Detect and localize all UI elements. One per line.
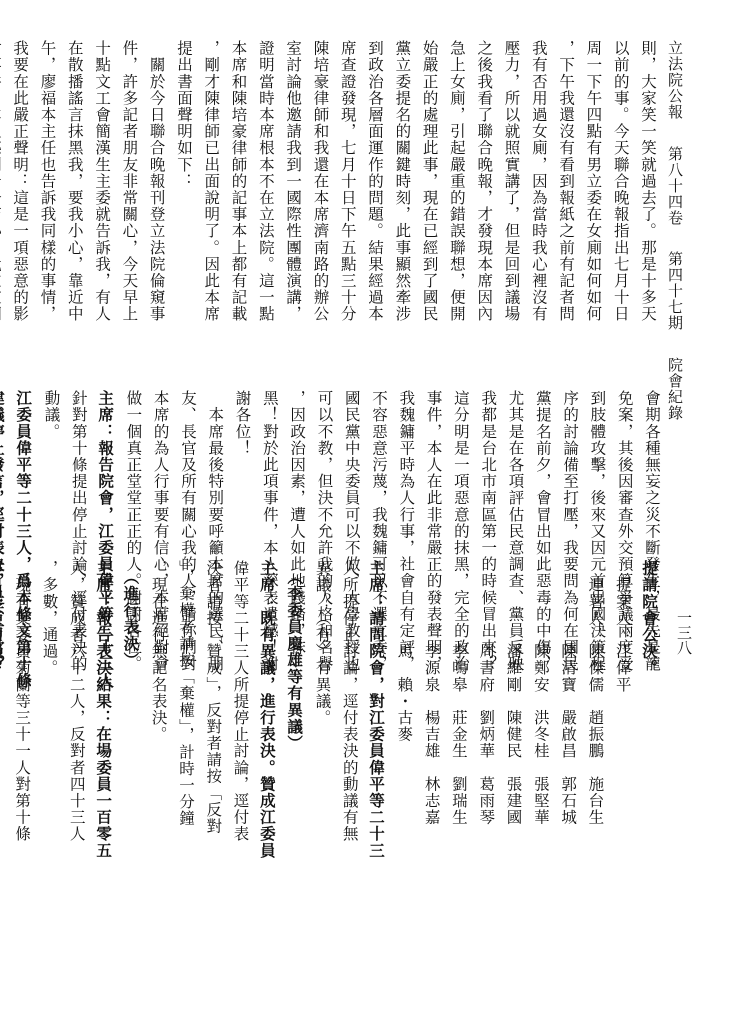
text-column: 李源泉 楊吉雄 林志嘉 [417, 560, 444, 980]
text-column: 在散播謠言抹黑我，要我小心，靠近中 [60, 40, 87, 380]
text-column: （進行表決） [117, 560, 144, 980]
text-column: 連署人：陳傑儒 趙振鵬 施台生 [581, 560, 608, 980]
page-header: 立法院公報 第八十四卷 第四十七期 院會紀錄 [665, 40, 685, 421]
text-column: 本席和陳培豪律師的記事本上都有記載 [224, 40, 251, 380]
text-column: 李鳴皋 莊金生 劉瑞生 [445, 560, 472, 980]
text-column: 午，廖福本主任也告訴我同樣的事情， [33, 40, 60, 380]
publication-title: 立法院公報 [665, 40, 685, 120]
text-column: 馬 賴・古麥 [390, 560, 417, 980]
text-column: （李委員慶雄等有異議） [281, 560, 308, 980]
text-column: ，現在進行無記名表決。 [144, 560, 171, 980]
text-column: 周一下午四點有男立委在女廁如何如何 [579, 40, 606, 380]
text-column: 件，許多記者朋友非常關心，今天早上 [115, 40, 142, 380]
issue-label: 第四十七期 [665, 251, 685, 331]
text-column: 我有否用過女廁，因為當時我心裡沒有 [525, 40, 552, 380]
text-column: 提請院會公決。 [636, 560, 663, 980]
text-column: 主席：既有異議，進行表決。贊成江委員 [254, 560, 281, 980]
text-column: 之後我看了聯合晚報，才發現本席因內 [470, 40, 497, 380]
text-column: 提出修正動議。 [0, 560, 8, 980]
text-column: 陳鄭安 洪冬桂 張堅華 [527, 560, 554, 980]
text-column: 到政治各層面運作的問題。結果經過本 [361, 40, 388, 380]
text-column: 證明當時本席根本不在立法院。這一點 [252, 40, 279, 380]
text-column: 陳培豪律師和我還在本席濟南路的辦公 [306, 40, 333, 380]
text-column: 潘維剛 陳健民 張建國 [499, 560, 526, 980]
text-column: ，多數，通過。 [35, 560, 62, 980]
text-column: 則，大家笑一笑就過去了。那是十多天 [634, 40, 661, 380]
text-column: 主席：請問院會，對江委員偉平等二十三 [363, 560, 390, 980]
upper-text-block: 則，大家笑一笑就過去了。那是十多天以前的事。今天聯合晚報指出七月十日周一下午四點… [0, 40, 661, 380]
text-column: 提案人：江偉平 [608, 560, 635, 980]
text-column: 陳清寶 嚴啟昌 郭石城 [554, 560, 581, 980]
text-column: 人，贊成者六十二人，反對者四十三人 [62, 560, 89, 980]
text-column: 急上女廁，引起嚴重的錯誤聯想，便開 [443, 40, 470, 380]
text-column: 現有葉委員菊蘭等三十一人對第十條 [8, 560, 35, 980]
text-column: 射事件，本人感到十分痛心，我在這個 [0, 40, 6, 380]
text-column: 壓力，所以就照實講了，但是回到議場 [497, 40, 524, 380]
text-column: 偉平等二十三人所提停止討論，逕付表 [226, 560, 253, 980]
text-column: 異議？（有）有異議。 [308, 560, 335, 980]
text-column: 」，棄權者請按「棄權」，計時一分鐘 [172, 560, 199, 980]
page-number: 一三八 [674, 610, 695, 655]
section-label: 院會紀錄 [665, 357, 685, 421]
text-column: 我要在此嚴正聲明：這是一項惡意的影 [6, 40, 33, 380]
text-column: ，下午我還沒有看到報紙之前有記者問 [552, 40, 579, 380]
text-column: 主席：報告表決結果：在場委員一百零五 [90, 560, 117, 980]
text-column: 周書府 劉炳華 葛雨琴 [472, 560, 499, 980]
text-column: 黨立委提名的關鍵時刻，此事顯然牽涉 [388, 40, 415, 380]
lower-text-block: 提請院會公決。 提案人：江偉平 連署人：陳傑儒 趙振鵬 施台生 陳清寶 嚴啟昌 … [0, 560, 663, 980]
text-column: 始嚴正的處理此事，現在已經到了國民 [415, 40, 442, 380]
text-column: 席查證發現，七月十日下午五點三十分 [333, 40, 360, 380]
text-column: 室討論他邀請我到一國際性團體演講， [279, 40, 306, 380]
text-column: 提出書面聲明如下： [170, 40, 197, 380]
volume-label: 第八十四卷 [665, 146, 685, 226]
text-column: 關於今日聯合晚報刊登立法院倫窺事 [142, 40, 169, 380]
text-column: ，剛才陳律師已出面說明了。因此本席 [197, 40, 224, 380]
text-column: 十點文工會簡漢生主委就告訴我，有人 [88, 40, 115, 380]
text-column: 決者請按「贊成」，反對者請按「反對 [199, 560, 226, 980]
text-column: 以前的事。今天聯合晚報指出七月十日 [606, 40, 633, 380]
text-column: 人所提停止討論，逕付表決的動議有無 [335, 560, 362, 980]
